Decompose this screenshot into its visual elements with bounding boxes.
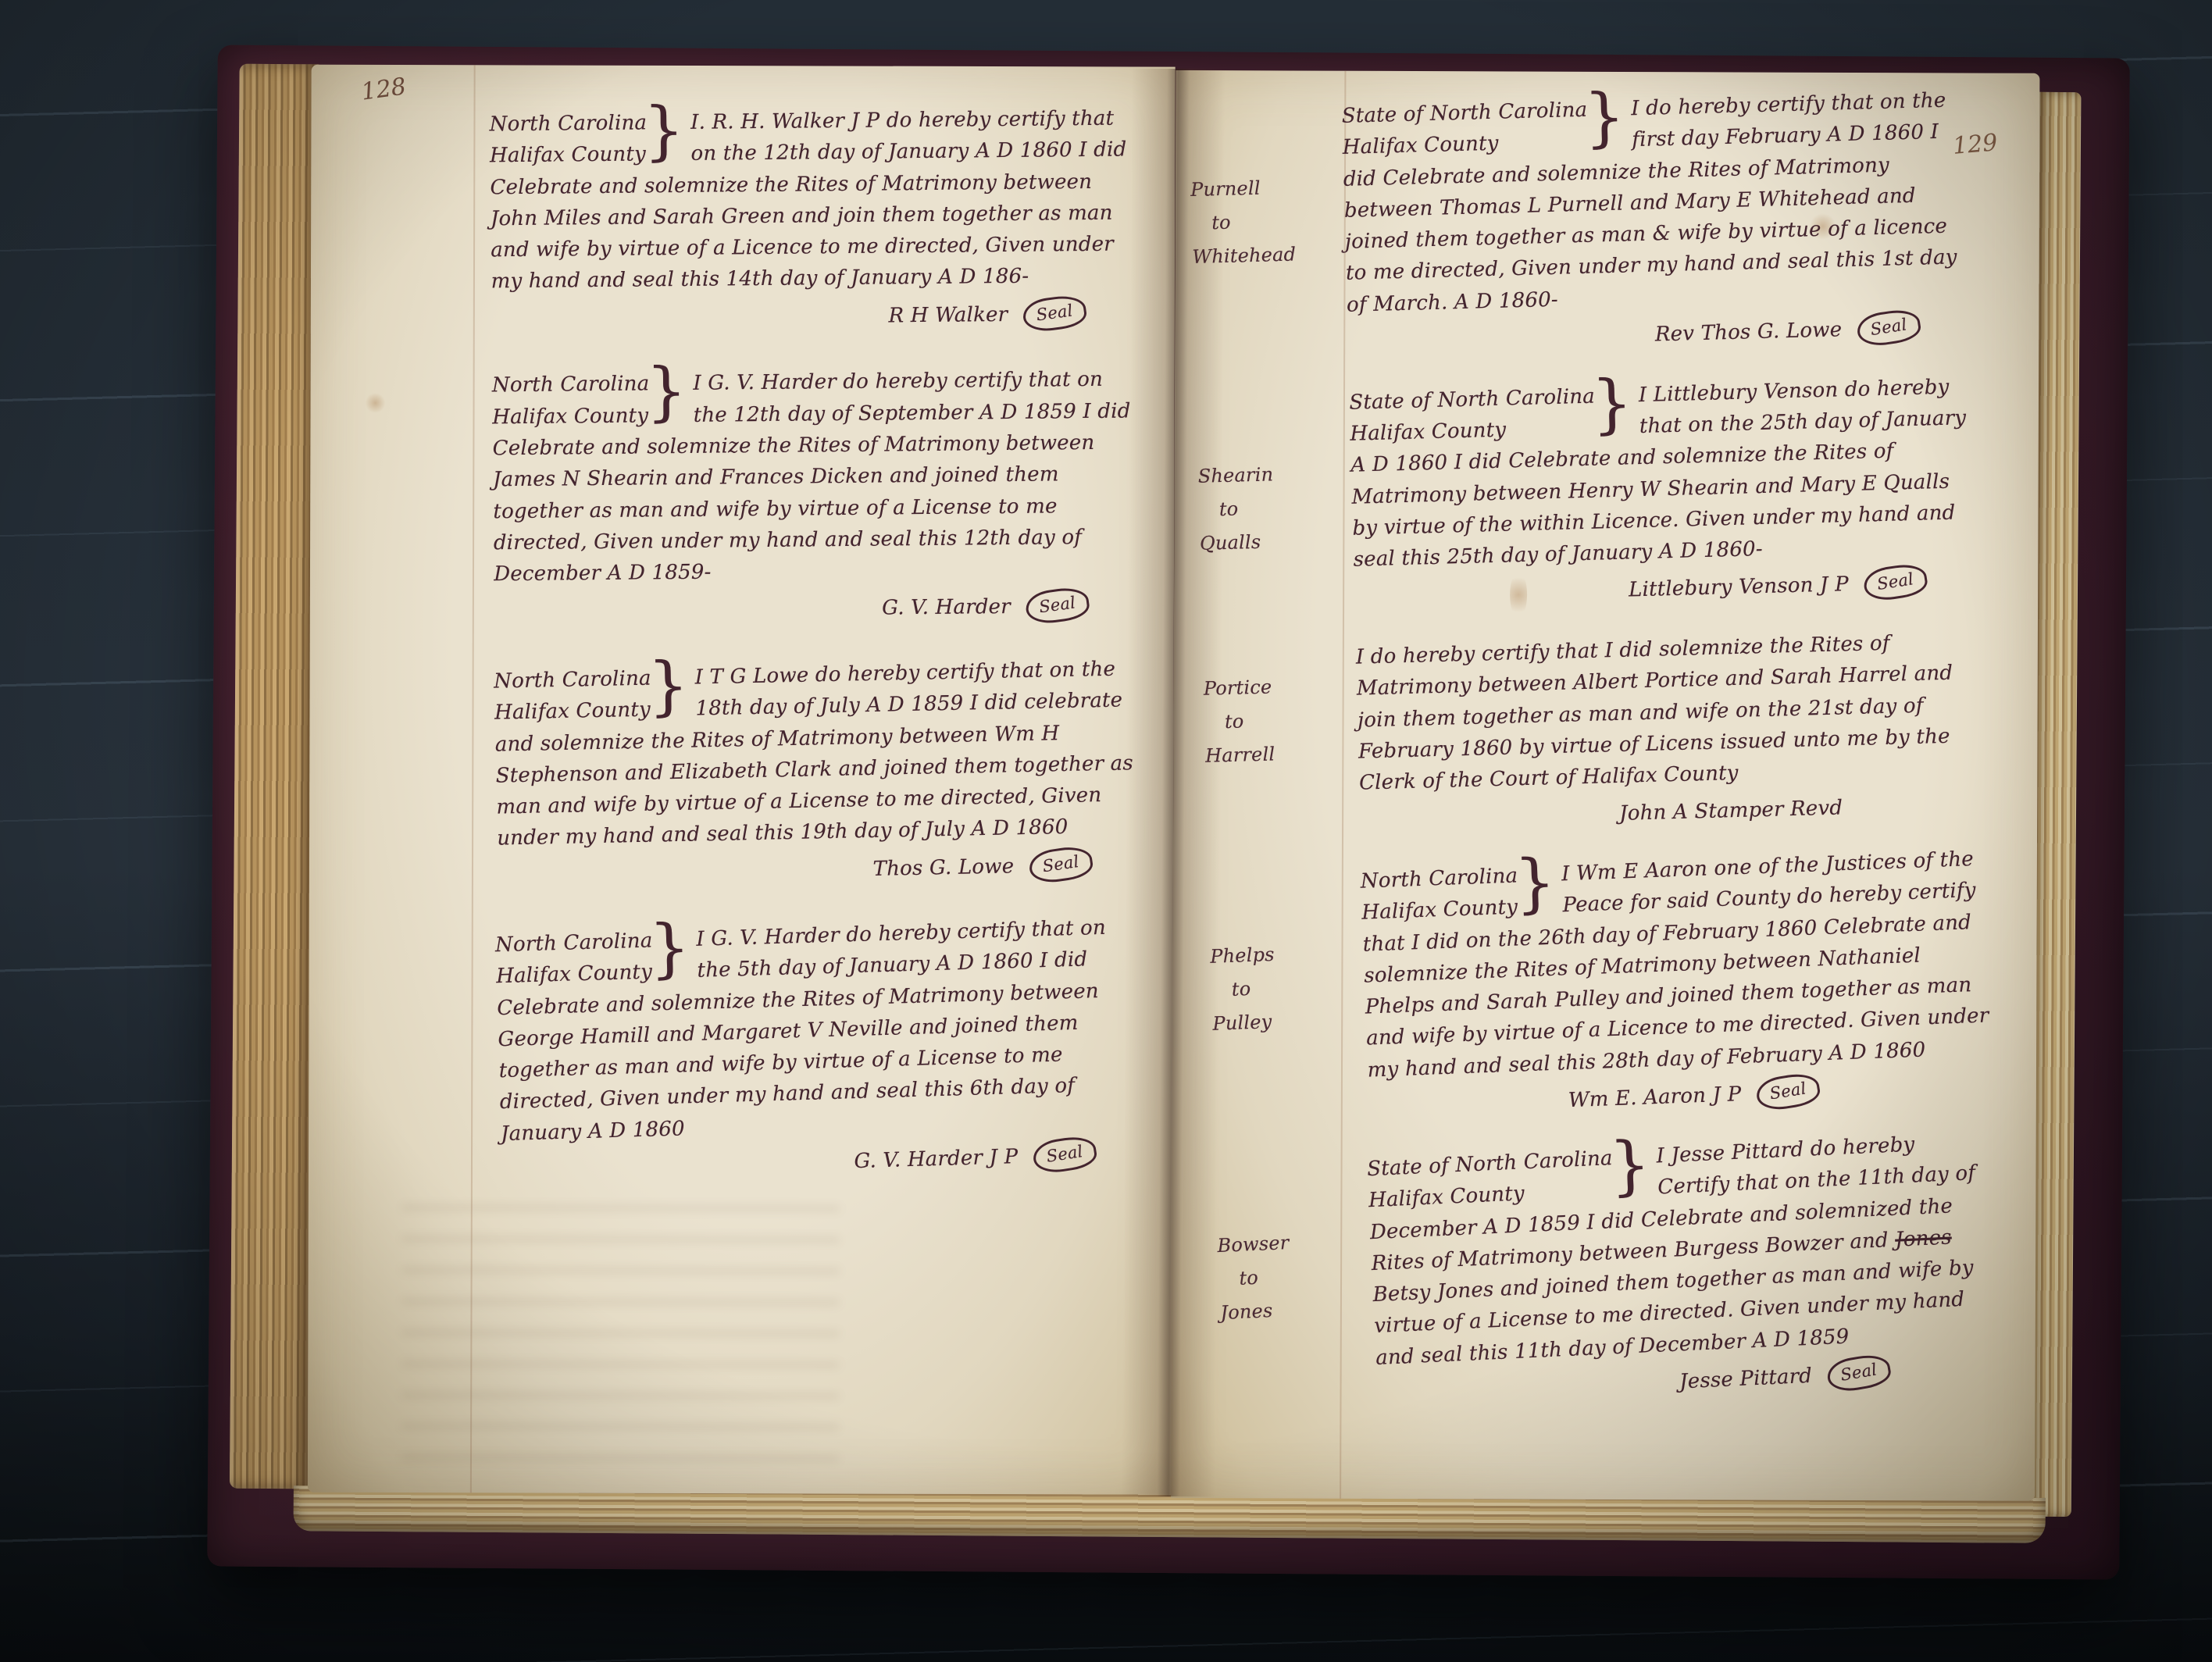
venue-block: North CarolinaHalifax County} [494, 662, 683, 729]
entry-body: State of North CarolinaHalifax County}I … [1341, 84, 1970, 321]
photograph-of-register: 128 North CarolinaHalifax County}I. R. H… [0, 0, 2212, 1662]
seal-mark: Seal [1825, 1352, 1893, 1394]
margin-bride: Qualls [1199, 523, 1353, 561]
marriage-entry-pittard-bowzer-jones: State of North CarolinaHalifax County}I … [1366, 1125, 2000, 1413]
venue-county: Halifax County [1342, 126, 1589, 164]
venue-block: State of North CarolinaHalifax County} [1341, 94, 1620, 164]
seal-mark: Seal [1855, 307, 1922, 348]
venue-county: Halifax County [492, 400, 650, 433]
venue-block: North CarolinaHalifax County} [490, 107, 679, 172]
register-row: Shearin to Qualls State of North Carolin… [1196, 371, 1978, 619]
right-page-text: Purnell to Whitehead State of North Caro… [1188, 84, 1999, 1439]
entry-body: State of North CarolinaHalifax County}I … [1349, 371, 1977, 576]
seal-mark: Seal [1862, 562, 1929, 603]
margin-bride: Jones [1220, 1290, 1375, 1331]
margin-groom: Shearin [1197, 455, 1351, 493]
entry-body: North CarolinaHalifax County}I T G Lowe … [494, 653, 1143, 854]
venue-state: North Carolina [494, 663, 651, 697]
margin-groom: Portice [1203, 669, 1357, 706]
register-book: 128 North CarolinaHalifax County}I. R. H… [207, 45, 2130, 1579]
venue-block: North CarolinaHalifax County} [1360, 859, 1550, 929]
seal-mark: Seal [1754, 1071, 1821, 1113]
signature-line: R H WalkerSeal [491, 298, 1136, 337]
brace-glyph: } [648, 916, 691, 981]
entry-body: North CarolinaHalifax County}I G. V. Har… [492, 364, 1140, 590]
margin-note-portice-harrell: Portice to Harrell [1202, 642, 1360, 841]
marriage-entry-venson-shearin-qualls: State of North CarolinaHalifax County}I … [1349, 371, 1978, 615]
venue-state: State of North Carolina [1341, 95, 1588, 133]
struck-word: Jones [1895, 1226, 1953, 1252]
register-row: Phelps to Pulley North CarolinaHalifax C… [1207, 843, 1993, 1131]
margin-groom: Phelps [1210, 934, 1364, 973]
venue-state: North Carolina [495, 926, 654, 961]
foxing-spot [366, 393, 386, 413]
ink-showthrough [401, 1205, 840, 1487]
signature-name: G. V. Harder [882, 595, 1011, 620]
venue-county: Halifax County [490, 139, 648, 172]
entry-text-after-strike: Betsy Jones and joined them together as … [1372, 1257, 1974, 1370]
signature-name: G. V. Harder J P [854, 1145, 1019, 1173]
venue-state: North Carolina [1360, 860, 1518, 897]
margin-note-phelps-pulley: Phelps to Pulley [1207, 866, 1369, 1132]
signature-name: Thos G. Lowe [872, 854, 1014, 881]
signature-name: Jesse Pittard [1679, 1364, 1813, 1394]
brace-glyph: } [1583, 85, 1626, 150]
seal-mark: Seal [1031, 1134, 1098, 1175]
signature-line: Thos G. LoweSeal [498, 848, 1143, 894]
left-page-number: 128 [359, 73, 408, 105]
signature-line: G. V. HarderSeal [494, 590, 1140, 629]
marriage-entry-aaron-phelps-pulley: North CarolinaHalifax County}I Wm E Aaro… [1360, 843, 1993, 1125]
register-row: Bowser to Jones State of North CarolinaH… [1214, 1125, 2001, 1420]
brace-glyph: } [646, 360, 687, 424]
venue-county: Halifax County [496, 957, 655, 993]
left-page: 128 North CarolinaHalifax County}I. R. H… [308, 65, 1176, 1495]
register-row: Purnell to Whitehead State of North Caro… [1188, 84, 1971, 365]
marriage-entry-harder-hamill-neville: North CarolinaHalifax County}I G. V. Har… [495, 911, 1147, 1189]
margin-note-shearin-qualls: Shearin to Qualls [1196, 387, 1355, 619]
venue-block: North CarolinaHalifax County} [492, 368, 681, 433]
margin-groom: Purnell [1190, 169, 1344, 207]
signature-name: Rev Thos G. Lowe [1655, 318, 1843, 346]
margin-bride: Harrell [1205, 736, 1359, 773]
brace-glyph: } [1591, 372, 1634, 437]
open-spread: 128 North CarolinaHalifax County}I. R. H… [305, 62, 2043, 1502]
margin-bride: Whitehead [1192, 237, 1346, 274]
margin-to: to [1204, 702, 1358, 740]
margin-to: to [1211, 968, 1365, 1008]
left-page-text: North CarolinaHalifax County}I. R. H. Wa… [490, 102, 1146, 1216]
entry-body: State of North CarolinaHalifax County}I … [1366, 1125, 1999, 1374]
marriage-entry-lowe-stephenson-clark: North CarolinaHalifax County}I T G Lowe … [494, 653, 1143, 894]
venue-county: Halifax County [1361, 891, 1520, 929]
brace-glyph: } [643, 99, 684, 163]
marriage-entry-walker-miles-green: North CarolinaHalifax County}I. R. H. Wa… [490, 102, 1137, 337]
venue-block: State of North CarolinaHalifax County} [1366, 1142, 1646, 1218]
entry-body: North CarolinaHalifax County}I Wm E Aaro… [1360, 843, 1991, 1086]
signature-name: Wm E. Aaron J P [1568, 1082, 1742, 1112]
margin-note-purnell-whitehead: Purnell to Whitehead [1188, 101, 1348, 365]
entry-text: I do hereby certify that I did solemnize… [1355, 632, 1953, 795]
brace-glyph: } [1514, 851, 1557, 916]
register-row: Portice to Harrell I do hereby certify t… [1202, 626, 1983, 841]
marriage-entry-lowe-purnell-whitehead: State of North CarolinaHalifax County}I … [1341, 84, 1971, 360]
signature-name: Littlebury Venson J P [1629, 573, 1850, 602]
venue-block: North CarolinaHalifax County} [495, 925, 686, 993]
entry-body: I do hereby certify that I did solemnize… [1355, 626, 1982, 799]
venue-state: North Carolina [492, 369, 650, 401]
marriage-entry-harder-shearin-dicken: North CarolinaHalifax County}I G. V. Har… [492, 364, 1140, 630]
venue-block: State of North CarolinaHalifax County} [1349, 380, 1628, 450]
margin-to: to [1191, 203, 1345, 241]
margin-note-bowser-jones: Bowser to Jones [1214, 1154, 1379, 1421]
signature-name: R H Walker [888, 303, 1008, 327]
seal-mark: Seal [1024, 586, 1091, 626]
seal-mark: Seal [1021, 293, 1088, 333]
brace-glyph: } [1608, 1133, 1652, 1199]
brace-glyph: } [648, 654, 690, 719]
right-page: 129 Purnell to Whitehead State of North … [1171, 70, 2039, 1501]
margin-bride: Pulley [1212, 1002, 1366, 1041]
venue-state: State of North Carolina [1349, 380, 1596, 419]
entry-body: North CarolinaHalifax County}I. R. H. Wa… [490, 102, 1136, 298]
venue-county: Halifax County [494, 694, 652, 729]
marriage-entry-stamper-portice-harrell: I do hereby certify that I did solemnize… [1355, 626, 1983, 837]
entry-body: North CarolinaHalifax County}I G. V. Har… [495, 911, 1147, 1150]
signature-name: John A Stamper Revd [1619, 797, 1843, 826]
venue-county: Halifax County [1350, 412, 1597, 450]
venue-state: North Carolina [490, 107, 648, 140]
margin-to: to [1198, 490, 1352, 527]
seal-mark: Seal [1027, 843, 1094, 885]
